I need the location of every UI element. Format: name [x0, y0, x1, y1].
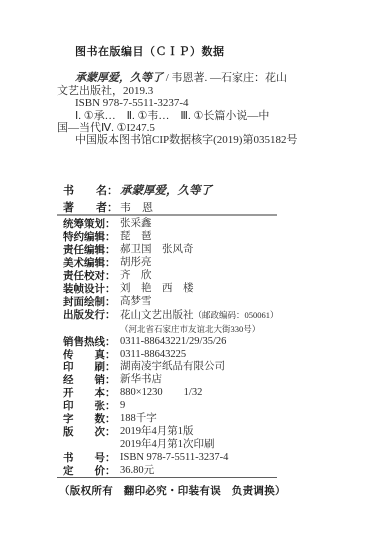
cip-block: 图书在版编目（ＣＩＰ）数据 承蒙厚爱，久等了 / 韦恩著. —石家庄：花山 文艺… [57, 46, 329, 147]
row-value: 188千字 [120, 413, 157, 426]
row-label: 版 次： [63, 426, 120, 439]
row-value: 9 [120, 400, 125, 413]
row-label [63, 323, 120, 336]
credit-row-edition: 版 次： 2019年4月第1版 [63, 426, 279, 439]
credit-row-responsible-editor: 责任编辑： 郝卫国 张风奇 [63, 244, 279, 257]
credit-row-isbn: 书 号： ISBN 978-7-5511-3237-4 [63, 452, 279, 465]
credit-row-printing: 2019年4月第1次印刷 [63, 439, 279, 452]
book-info-block: 书 名： 承蒙厚爱，久等了 著 者： 韦 恩 [63, 183, 212, 216]
row-label: 责任编辑： [63, 244, 120, 257]
row-value: 刘 艳 西 楼 [120, 283, 194, 296]
postal-code-note: （邮政编码：050061） [194, 310, 279, 320]
row-label: 美术编辑： [63, 257, 120, 270]
cip-title-rest: / 韦恩著. —石家庄：花山 [163, 72, 287, 84]
row-label: 字 数： [63, 413, 120, 426]
row-value: 2019年4月第1版 [120, 426, 194, 439]
credit-row-cover-art: 封面绘制： 高梦雪 [63, 296, 279, 309]
row-label: 统筹策划： [63, 218, 120, 231]
cip-classification-line1: Ⅰ. ①承… Ⅱ. ①韦… Ⅲ. ①长篇小说—中 [57, 110, 329, 122]
row-value: 0311-88643221/29/35/26 [120, 336, 226, 349]
credit-row-sales-hotline: 销售热线： 0311-88643221/29/35/26 [63, 336, 279, 349]
credit-row-planning: 统筹策划： 张采鑫 [63, 218, 279, 231]
cip-isbn-line: ISBN 978-7-5511-3237-4 [57, 97, 329, 109]
row-value: 郝卫国 张风奇 [120, 244, 194, 257]
divider-bottom [57, 477, 277, 478]
row-label: 销售热线： [63, 336, 120, 349]
credit-row-distributor: 经 销： 新华书店 [63, 374, 279, 387]
row-value: 0311-88643225 [120, 349, 186, 362]
row-label: 经 销： [63, 374, 120, 387]
row-label: 传 真： [63, 349, 120, 362]
row-value: 琵 琶 [120, 231, 152, 244]
row-label: 封面绘制： [63, 296, 120, 309]
cip-publisher-line: 文艺出版社，2019.3 [57, 85, 329, 97]
cip-classification-line2: 国—当代Ⅳ. ①I247.5 [57, 122, 329, 134]
row-label [63, 439, 120, 452]
row-label: 印 张： [63, 400, 120, 413]
row-value: 高梦雪 [120, 296, 152, 309]
row-value: 880×1230 1/32 [120, 387, 202, 400]
book-title-label: 书 名： [63, 183, 120, 200]
row-label: 责任校对： [63, 270, 120, 283]
cip-record-number-line: 中国版本图书馆CIP数据核字(2019)第035182号 [57, 134, 329, 146]
row-value: （河北省石家庄市友谊北大街330号） [120, 323, 260, 336]
row-label: 出版发行： [63, 309, 120, 323]
row-value: 齐 欣 [120, 270, 152, 283]
credit-row-word-count: 字 数： 188千字 [63, 413, 279, 426]
row-label: 书 号： [63, 452, 120, 465]
credit-row-format: 开 本： 880×1230 1/32 [63, 387, 279, 400]
book-title-row: 书 名： 承蒙厚爱，久等了 [63, 183, 212, 200]
credit-row-design: 装帧设计： 刘 艳 西 楼 [63, 283, 279, 296]
row-value: ISBN 978-7-5511-3237-4 [120, 452, 228, 465]
row-label: 开 本： [63, 387, 120, 400]
credit-row-fax: 传 真： 0311-88643225 [63, 349, 279, 362]
row-value: 湖南凌宇纸品有限公司 [120, 361, 225, 374]
credit-row-art-editor: 美术编辑： 胡彤亮 [63, 257, 279, 270]
row-value: 2019年4月第1次印刷 [120, 439, 215, 452]
row-value: 胡彤亮 [120, 257, 152, 270]
row-value: 张采鑫 [120, 218, 152, 231]
cip-title-line: 承蒙厚爱，久等了 / 韦恩著. —石家庄：花山 [57, 72, 329, 84]
row-label: 特约编辑： [63, 231, 120, 244]
row-value: 新华书店 [120, 374, 162, 387]
row-label: 装帧设计： [63, 283, 120, 296]
row-label: 印 刷： [63, 361, 120, 374]
copyright-notice: （版权所有 翻印必究・印装有误 负责调换） [59, 483, 286, 498]
credit-row-special-editor: 特约编辑： 琵 琶 [63, 231, 279, 244]
credit-row-sheets: 印 张： 9 [63, 400, 279, 413]
credit-row-proofreader: 责任校对： 齐 欣 [63, 270, 279, 283]
cip-header: 图书在版编目（ＣＩＰ）数据 [57, 46, 329, 58]
divider-top [57, 214, 277, 216]
credit-row-publisher: 出版发行： 花山文艺出版社（邮政编码：050061） [63, 309, 279, 323]
cip-book-title: 承蒙厚爱，久等了 [75, 72, 163, 84]
row-value: 花山文艺出版社（邮政编码：050061） [120, 309, 279, 323]
credits-block: 统筹策划： 张采鑫 特约编辑： 琵 琶 责任编辑： 郝卫国 张风奇 美术编辑： … [63, 218, 279, 478]
credit-row-publisher-address: （河北省石家庄市友谊北大街330号） [63, 323, 279, 336]
credit-row-printer: 印 刷： 湖南凌宇纸品有限公司 [63, 361, 279, 374]
book-title-value: 承蒙厚爱，久等了 [120, 183, 212, 200]
publisher-name: 花山文艺出版社 [120, 310, 194, 321]
